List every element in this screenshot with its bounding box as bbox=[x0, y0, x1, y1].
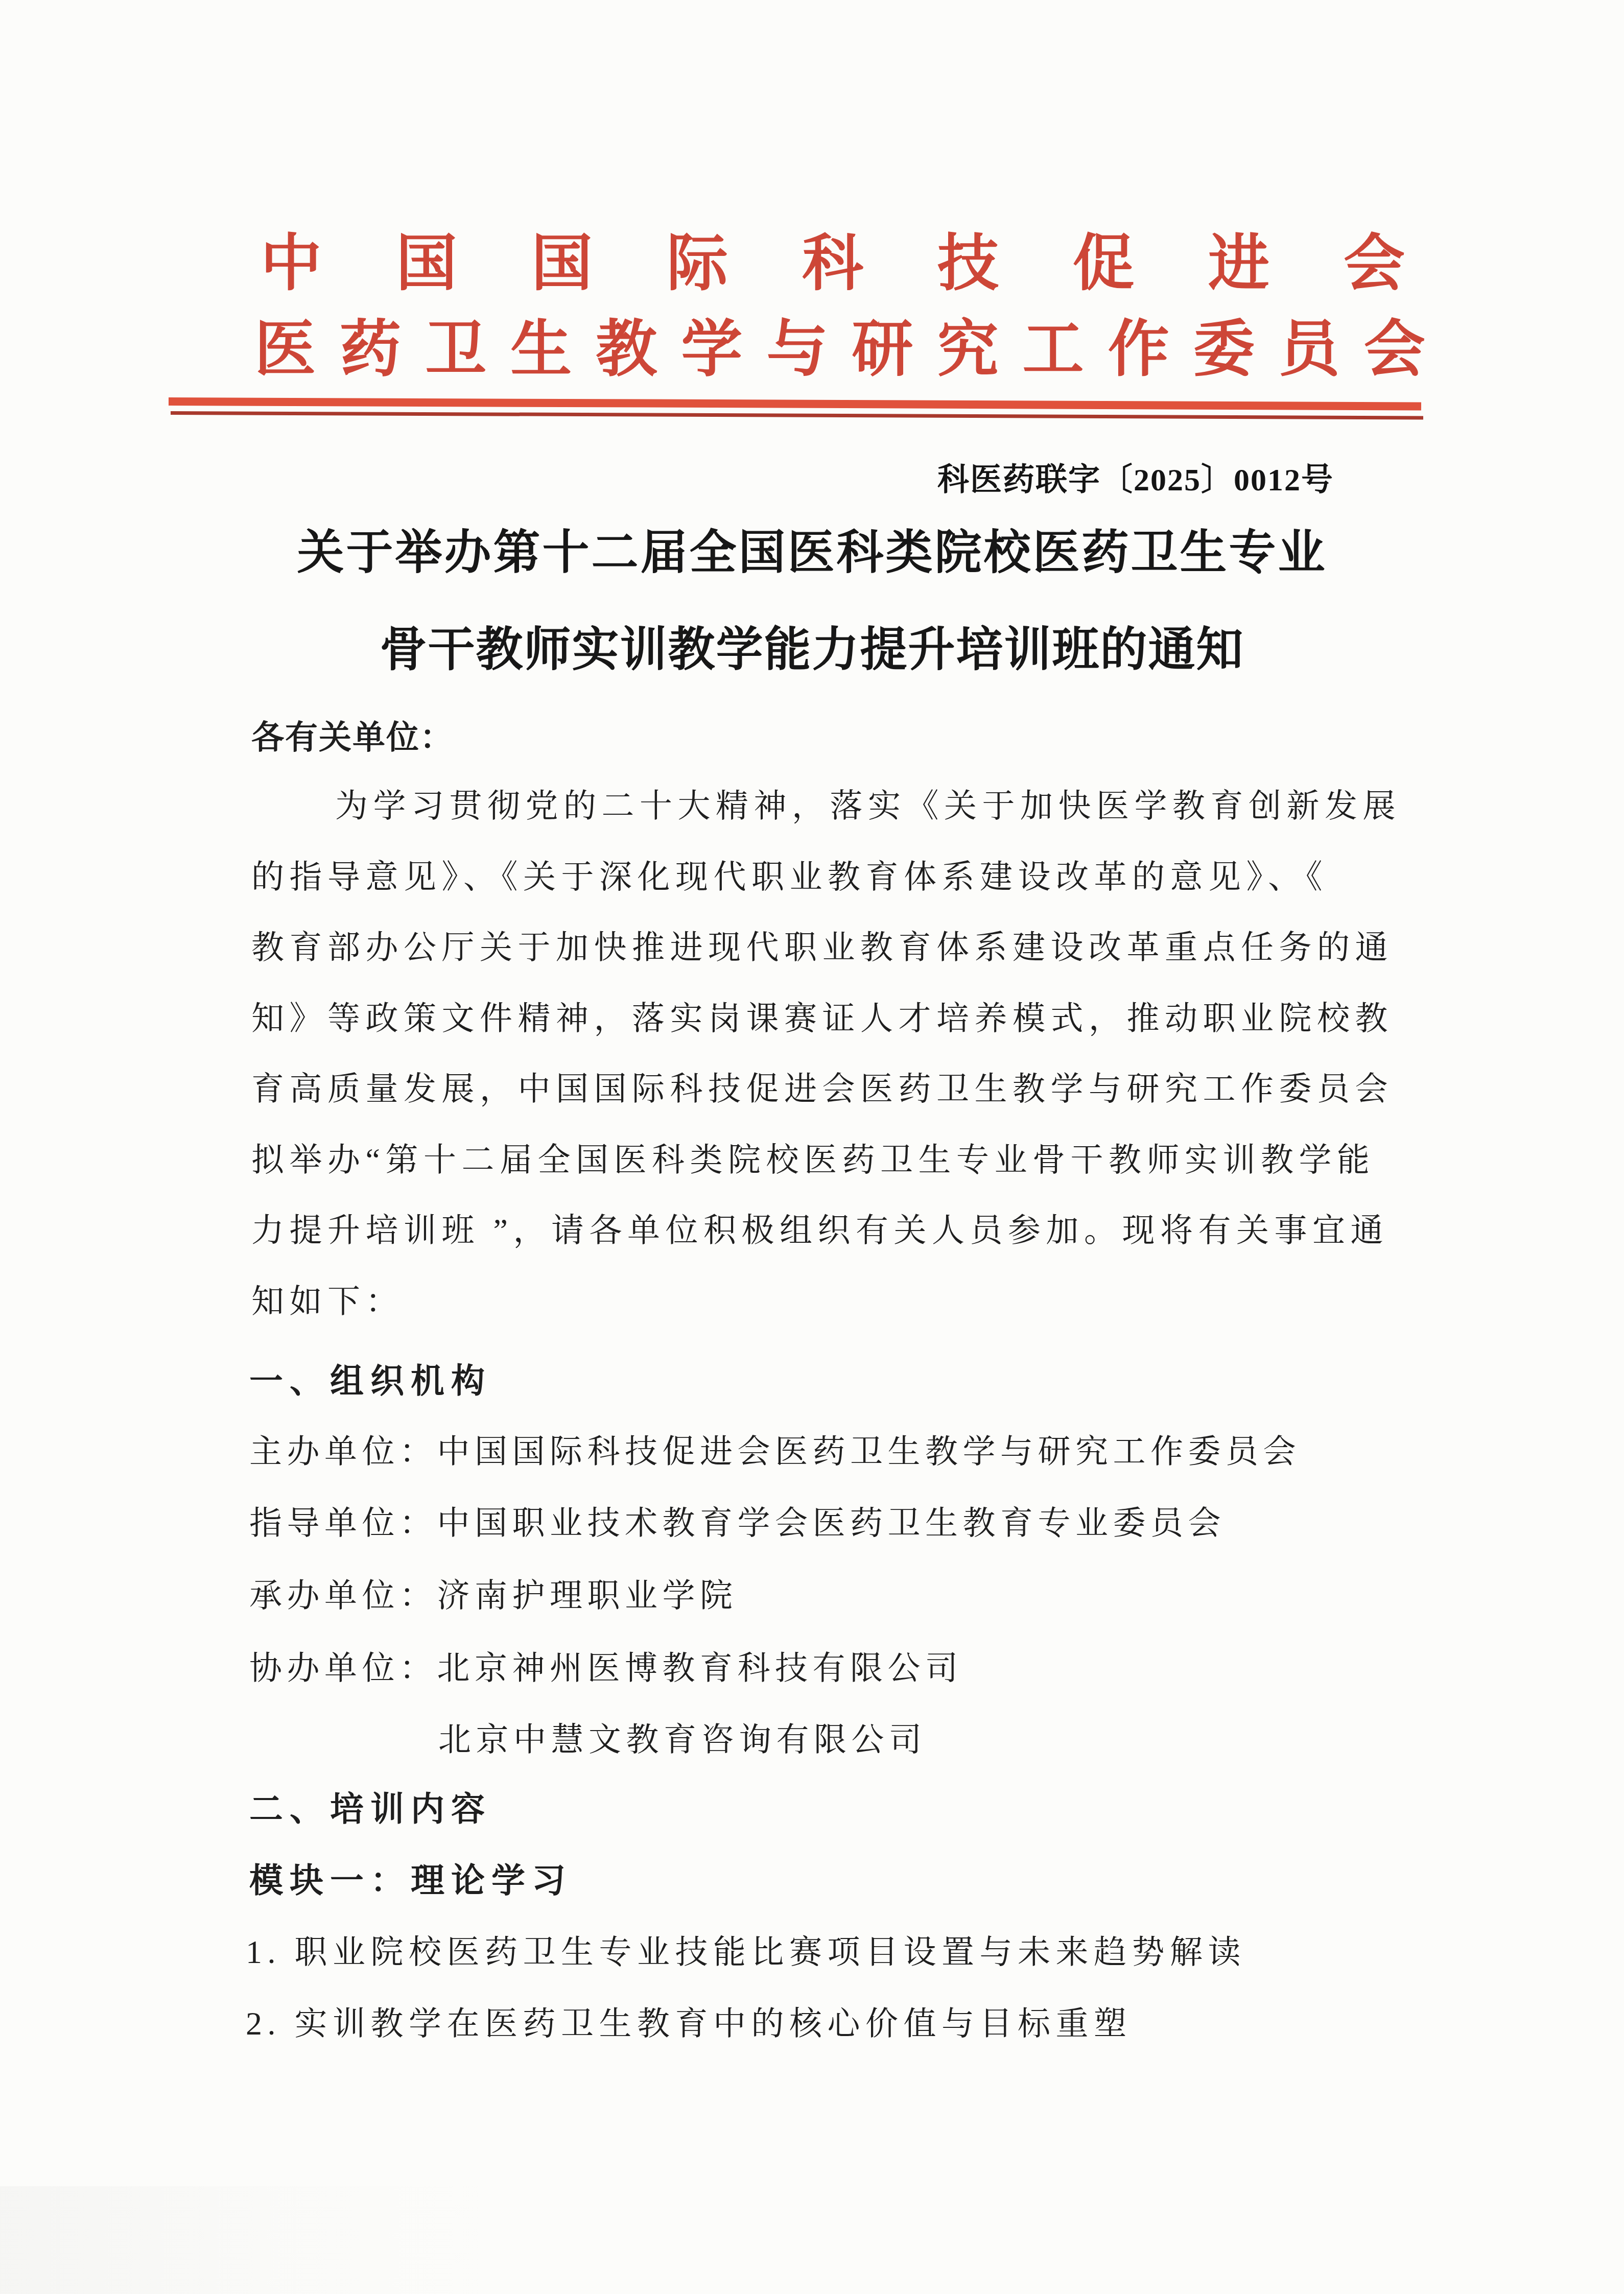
org-entry-undertaker: 承办单位：济南护理职业学院 bbox=[249, 1577, 738, 1614]
paragraph-line: 拟举办“第十二届全国医科类院校医药卫生专业骨干教师实训教学能 bbox=[251, 1142, 1375, 1178]
section-heading-training-content: 二、培训内容 bbox=[249, 1791, 491, 1829]
section-heading-organization: 一、组织机构 bbox=[249, 1363, 491, 1401]
notice-document-page: 中国国际科技促进会 医药卫生教学与研究工作委员会 科医药联字〔2025〕0012… bbox=[0, 0, 1624, 2294]
notice-title-line2: 骨干教师实训教学能力提升培训班的通知 bbox=[0, 623, 1624, 677]
org-entry-host: 主办单位：中国国际科技促进会医药卫生教学与研究工作委员会 bbox=[249, 1433, 1301, 1470]
letterhead-rule-thin bbox=[171, 411, 1423, 419]
paragraph-line: 知如下： bbox=[251, 1283, 404, 1320]
letterhead-org-line1: 中国国际科技促进会 bbox=[261, 231, 1405, 297]
doc-number: 科医药联字〔2025〕0012号 bbox=[937, 463, 1334, 498]
notice-title-line1: 关于举办第十二届全国医科类院校医药卫生专业 bbox=[0, 526, 1624, 580]
paragraph-line: 力提升培训班 ”，请各单位积极组织有关人员参加。现将有关事宜通 bbox=[251, 1212, 1388, 1249]
paragraph-line: 育高质量发展，中国国际科技促进会医药卫生教学与研究工作委员会 bbox=[251, 1071, 1393, 1107]
paragraph-line: 教育部办公厅关于加快推进现代职业教育体系建设改革重点任务的通 bbox=[251, 929, 1393, 966]
paragraph-line: 知》等政策文件精神，落实岗课赛证人才培养模式，推动职业院校教 bbox=[251, 1000, 1393, 1037]
module1-item-1: 1. 职业院校医药卫生专业技能比赛项目设置与未来趋势解读 bbox=[246, 1934, 1246, 1971]
org-entry-coorganizer-2: 北京中慧文教育咨询有限公司 bbox=[438, 1721, 927, 1758]
letterhead-org-line2: 医药卫生教学与研究工作委员会 bbox=[254, 317, 1425, 383]
paragraph-line: 为学习贯彻党的二十大精神，落实《关于加快医学教育创新发展 bbox=[335, 788, 1401, 824]
paragraph-line: 的指导意见》、《关于深化现代职业教育体系建设改革的意见》、《 bbox=[251, 859, 1328, 895]
org-entry-guidance: 指导单位：中国职业技术教育学会医药卫生教育专业委员会 bbox=[249, 1505, 1226, 1542]
module1-item-2: 2. 实训教学在医药卫生教育中的核心价值与目标重塑 bbox=[246, 2005, 1132, 2042]
org-entry-coorganizer: 协办单位：北京神州医博教育科技有限公司 bbox=[249, 1650, 963, 1687]
module1-heading: 模块一：理论学习 bbox=[249, 1862, 572, 1900]
scan-smudge bbox=[0, 2186, 501, 2294]
letterhead-rule-thick bbox=[169, 397, 1421, 410]
salutation: 各有关单位： bbox=[251, 719, 454, 756]
